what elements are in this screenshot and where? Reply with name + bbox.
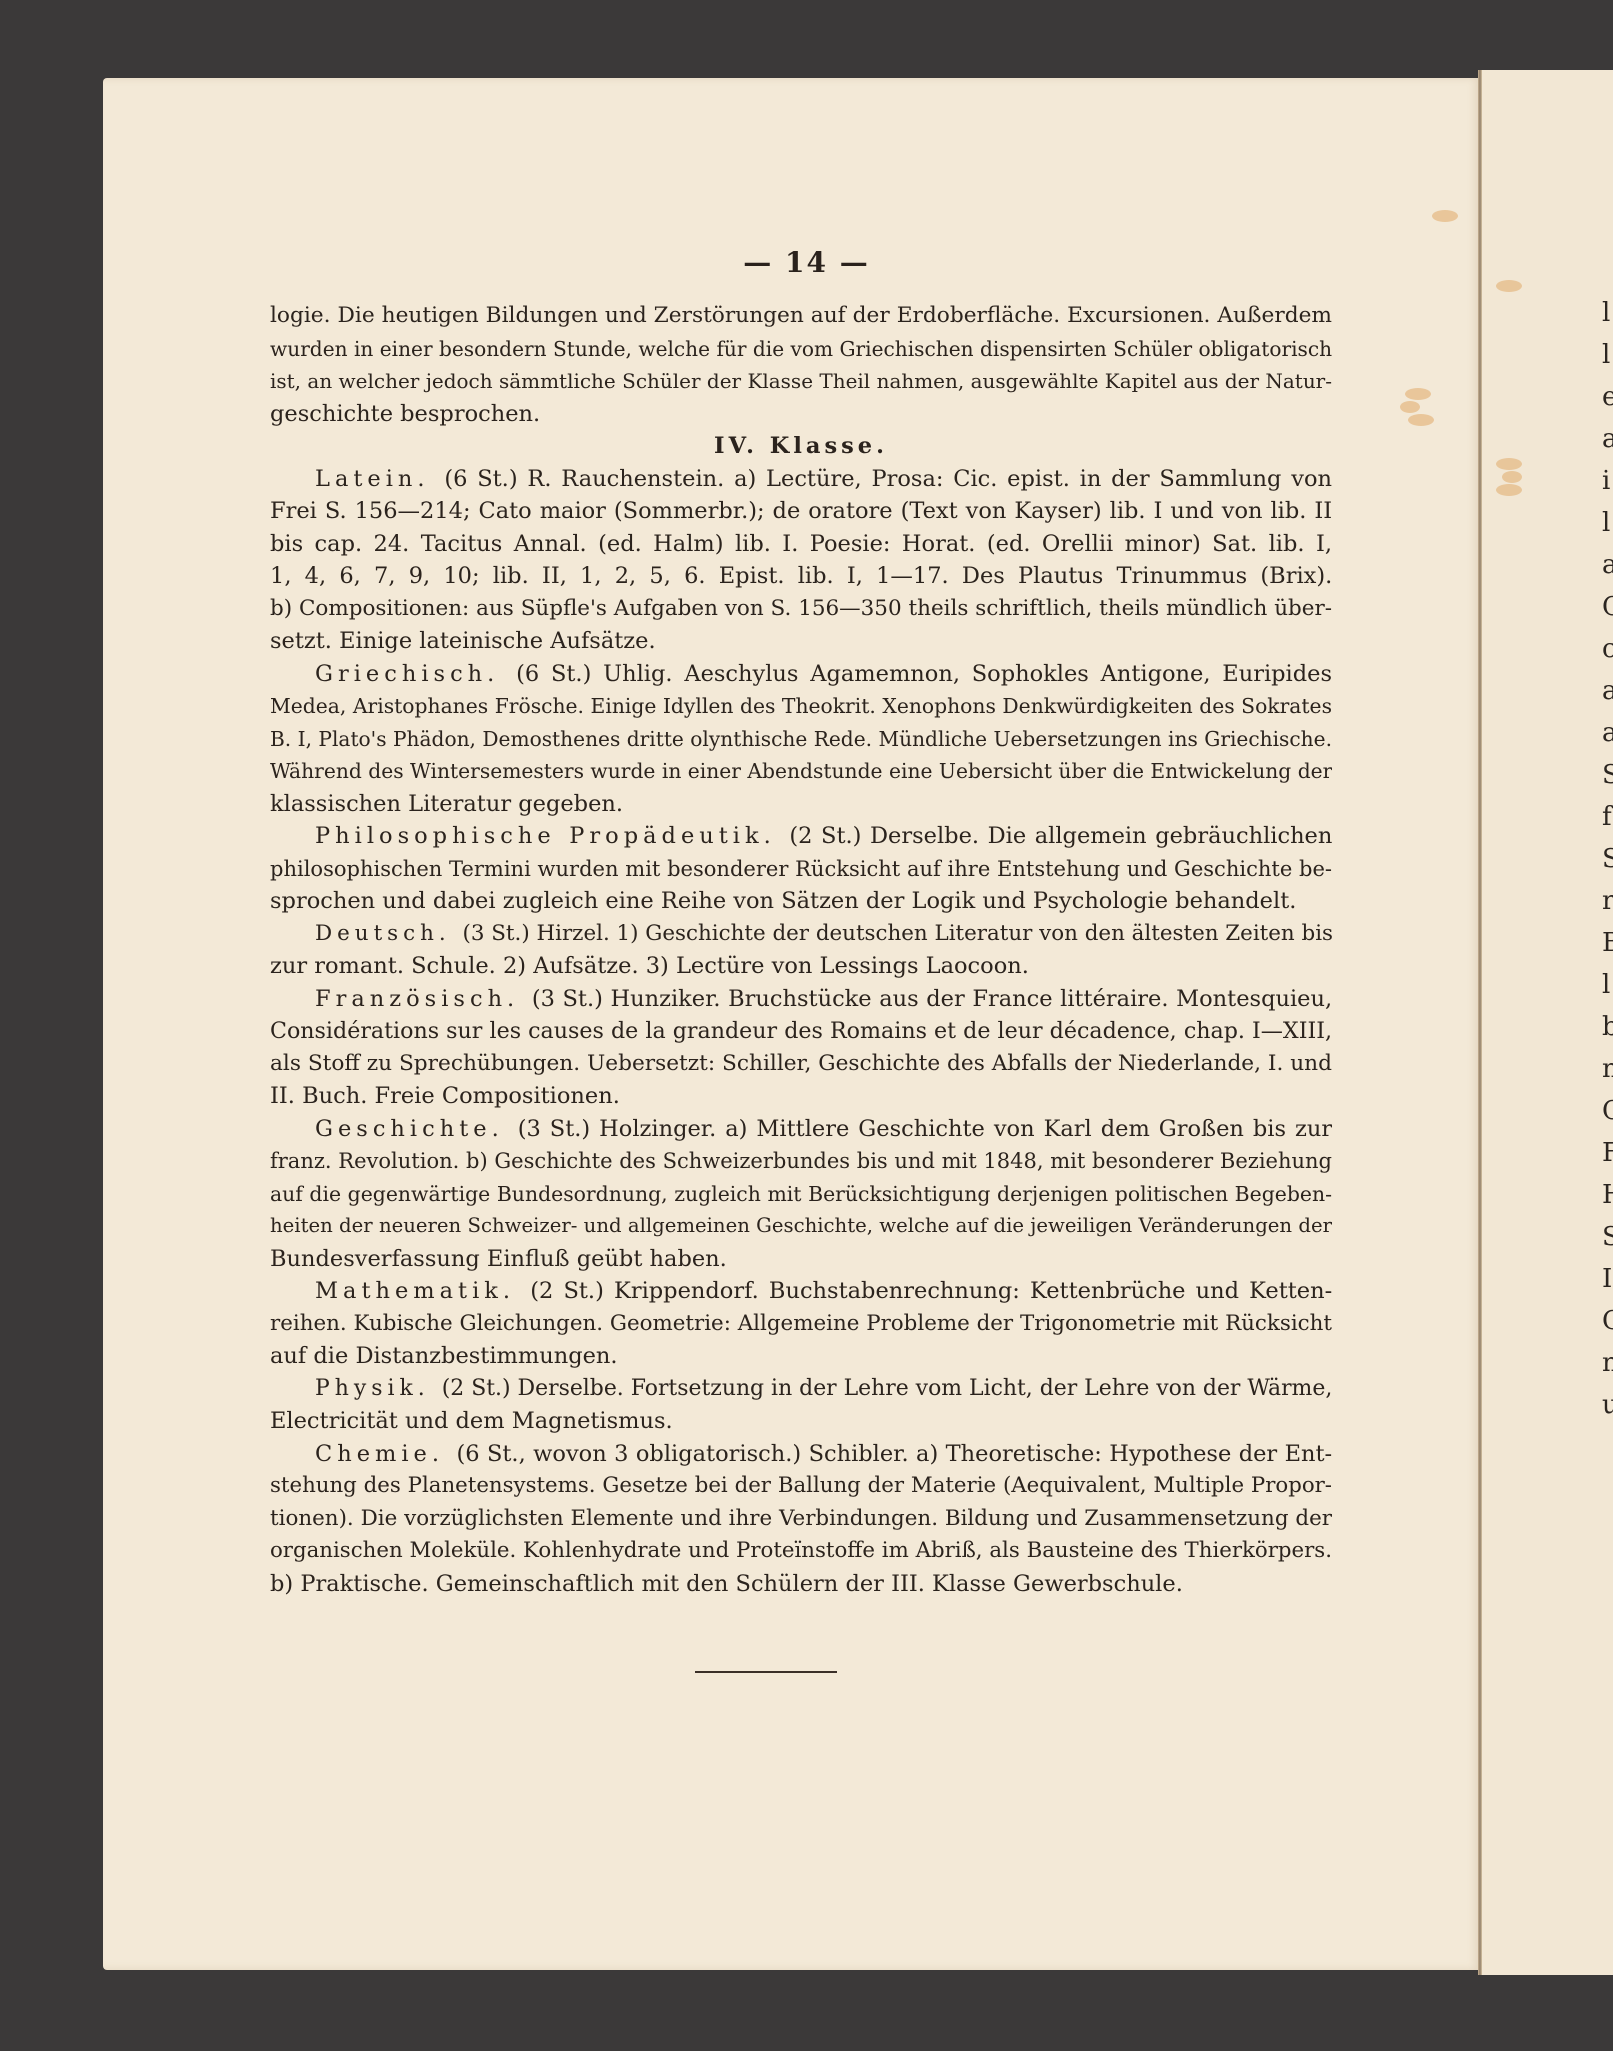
text-line: Während des Wintersemesters wurde in ein…: [270, 755, 1332, 788]
line-text: Electricität und dem Magnetismus.: [270, 1408, 673, 1434]
text-line: organischen Moleküle. Kohlenhydrate und …: [270, 1535, 1332, 1568]
next-page-glyph: S: [1602, 762, 1613, 788]
next-page-glyph: l: [1602, 342, 1610, 368]
text-line: bis cap. 24. Tacitus Annal. (ed. Halm) l…: [270, 528, 1332, 561]
line-text: wurden in einer besondern Stunde, welche…: [270, 337, 1332, 361]
subject-name: Chemie.: [315, 1441, 456, 1467]
text-line: b) Praktische. Gemeinschaftlich mit den …: [270, 1568, 1332, 1601]
section-first-line: Mathematik. (2 St.) Krippendorf. Buchsta…: [270, 1275, 1332, 1308]
text-line: als Stoff zu Sprechübungen. Uebersetzt: …: [270, 1048, 1332, 1081]
text-line: auf die gegenwärtige Bundesordnung, zugl…: [270, 1178, 1332, 1211]
line-text: B. I, Plato's Phädon, Demosthenes dritte…: [270, 727, 1332, 751]
line-text: logie. Die heutigen Bildungen und Zerstö…: [270, 303, 1332, 328]
next-page-glyph: l: [1602, 510, 1610, 536]
line-text: (3 St.) Holzinger. a) Mittlere Geschicht…: [518, 1116, 1332, 1142]
line-text: Frei S. 156—214; Cato maior (Sommerbr.);…: [270, 498, 1332, 524]
text-line: philosophischen Termini wurden mit beson…: [270, 853, 1332, 886]
next-page-glyph: a: [1602, 552, 1613, 578]
next-page-glyph: S: [1602, 1224, 1613, 1250]
line-text: II. Buch. Freie Compositionen.: [270, 1083, 620, 1109]
next-page-glyph: G: [1602, 1308, 1613, 1334]
text-line: franz. Revolution. b) Geschichte des Sch…: [270, 1145, 1332, 1178]
line-text: b) Compositionen: aus Süpfle's Aufgaben …: [270, 596, 1332, 621]
text-line: B. I, Plato's Phädon, Demosthenes dritte…: [270, 723, 1332, 756]
line-text: (2 St.) Derselbe. Fortsetzung in der Leh…: [442, 1376, 1332, 1401]
subject-name: Deutsch.: [315, 921, 463, 946]
next-page-glyph: C: [1602, 1098, 1613, 1124]
next-page-glyph: a: [1602, 426, 1613, 452]
section-first-line: Griechisch. (6 St.) Uhlig. Aeschylus Aga…: [270, 658, 1332, 691]
line-text: setzt. Einige lateinische Aufsätze.: [270, 628, 656, 654]
line-text: klassischen Literatur gegeben.: [270, 791, 623, 817]
next-page-glyph: S: [1602, 846, 1613, 872]
text-line: Bundesverfassung Einfluß geübt haben.: [270, 1243, 1332, 1276]
line-text: franz. Revolution. b) Geschichte des Sch…: [270, 1148, 1332, 1173]
text-line: Electricität und dem Magnetismus.: [270, 1405, 1332, 1438]
text-line: stehung des Planetensystems. Gesetze bei…: [270, 1470, 1332, 1503]
text-line: tionen). Die vorzüglichsten Elemente und…: [270, 1503, 1332, 1536]
line-text: stehung des Planetensystems. Gesetze bei…: [270, 1473, 1332, 1498]
subject-name: Latein.: [315, 466, 444, 492]
section-first-line: Geschichte. (3 St.) Holzinger. a) Mittle…: [270, 1113, 1332, 1146]
line-text: (3 St.) Hirzel. 1) Geschichte der deutsc…: [463, 921, 1332, 946]
next-page-glyph: B: [1602, 930, 1613, 956]
line-text: organischen Moleküle. Kohlenhydrate und …: [270, 1538, 1332, 1563]
subject-name: Geschichte.: [315, 1116, 518, 1142]
line-text: philosophischen Termini wurden mit beson…: [270, 856, 1332, 881]
next-page-glyph: c: [1602, 636, 1613, 662]
next-page-glyph: b: [1602, 1014, 1613, 1040]
next-page-glyph: e: [1602, 384, 1613, 410]
next-page-glyph: i: [1602, 468, 1610, 494]
text-line: Considérations sur les causes de la gran…: [270, 1015, 1332, 1048]
next-page-glyph: l: [1602, 972, 1610, 998]
next-page-glyph: u: [1602, 1392, 1613, 1418]
next-page-glyph: r: [1602, 888, 1613, 914]
line-text: geschichte besprochen.: [270, 401, 540, 427]
next-page-glyph: n: [1602, 1056, 1613, 1082]
section-first-line: Französisch. (3 St.) Hunziker. Bruchstüc…: [270, 983, 1332, 1016]
text-line: reihen. Kubische Gleichungen. Geometrie:…: [270, 1308, 1332, 1341]
line-text: (2 St.) Krippendorf. Buchstabenrechnung:…: [530, 1278, 1332, 1304]
line-text: als Stoff zu Sprechübungen. Uebersetzt: …: [270, 1051, 1332, 1076]
subject-name: Philosophische Propädeutik.: [315, 823, 789, 849]
line-text: (6 St.) R. Rauchenstein. a) Lectüre, Pro…: [444, 466, 1332, 492]
line-text: Considérations sur les causes de la gran…: [270, 1018, 1332, 1044]
text-line: II. Buch. Freie Compositionen.: [270, 1080, 1332, 1113]
class-heading: IV. Klasse.: [270, 430, 1332, 463]
line-text: Medea, Aristophanes Frösche. Einige Idyl…: [270, 694, 1332, 718]
paper-stain: [1496, 458, 1522, 470]
next-page-glyph: C: [1602, 594, 1613, 620]
section-first-line: Latein. (6 St.) R. Rauchenstein. a) Lect…: [270, 463, 1332, 496]
next-page-glyph: f: [1602, 804, 1612, 830]
text-line: b) Compositionen: aus Süpfle's Aufgaben …: [270, 593, 1332, 626]
subject-name: Griechisch.: [315, 661, 516, 687]
line-text: heiten der neueren Schweizer- und allgem…: [270, 1214, 1332, 1237]
line-text: ist, an welcher jedoch sämmtliche Schüle…: [270, 369, 1332, 393]
line-text: Während des Wintersemesters wurde in ein…: [270, 759, 1332, 783]
text-line: ist, an welcher jedoch sämmtliche Schüle…: [270, 365, 1332, 398]
section-first-line: Chemie. (6 St., wovon 3 obligatorisch.) …: [270, 1438, 1332, 1471]
next-page-glyph: I: [1602, 1266, 1612, 1292]
text-line: zur romant. Schule. 2) Aufsätze. 3) Lect…: [270, 950, 1332, 983]
subject-name: Mathematik.: [315, 1278, 530, 1304]
page-number: — 14 —: [0, 246, 1613, 279]
text-line: Frei S. 156—214; Cato maior (Sommerbr.);…: [270, 495, 1332, 528]
next-page-glyph: F: [1602, 1140, 1613, 1166]
section-first-line: Philosophische Propädeutik. (2 St.) Ders…: [270, 820, 1332, 853]
line-text: auf die gegenwärtige Bundesordnung, zugl…: [270, 1182, 1332, 1206]
text-line: 1, 4, 6, 7, 9, 10; lib. II, 1, 2, 5, 6. …: [270, 560, 1332, 593]
next-page-glyph: a: [1602, 678, 1613, 704]
line-text: (2 St.) Derselbe. Die allgemein gebräuch…: [789, 823, 1332, 849]
line-text: Bundesverfassung Einfluß geübt haben.: [270, 1246, 727, 1272]
text-line: sprochen und dabei zugleich eine Reihe v…: [270, 885, 1332, 918]
line-text: zur romant. Schule. 2) Aufsätze. 3) Lect…: [270, 953, 1029, 979]
paper-stain: [1400, 401, 1420, 413]
text-line: logie. Die heutigen Bildungen und Zerstö…: [270, 300, 1332, 333]
closing-rule: [695, 1671, 837, 1673]
line-text: bis cap. 24. Tacitus Annal. (ed. Halm) l…: [270, 531, 1332, 557]
next-page-glyph: H: [1602, 1182, 1613, 1208]
paper-stain: [1496, 280, 1522, 292]
paper-stain: [1496, 484, 1522, 496]
next-page-glyph: l: [1602, 300, 1610, 326]
paper-stain: [1405, 388, 1431, 400]
line-text: tionen). Die vorzüglichsten Elemente und…: [270, 1506, 1332, 1531]
subject-name: Physik.: [315, 1376, 442, 1401]
paper-stain: [1432, 210, 1458, 222]
text-line: geschichte besprochen.: [270, 398, 1332, 431]
text-line: klassischen Literatur gegeben.: [270, 788, 1332, 821]
adjacent-page-edge: lleailaCcaaSfSrBlbnCFHSIGnu: [1482, 70, 1613, 1975]
subject-name: Französisch.: [315, 986, 532, 1012]
next-page-glyph: n: [1602, 1350, 1613, 1376]
text-line: auf die Distanzbestimmungen.: [270, 1340, 1332, 1373]
line-text: b) Praktische. Gemeinschaftlich mit den …: [270, 1571, 1183, 1597]
line-text: (6 St., wovon 3 obligatorisch.) Schibler…: [456, 1441, 1332, 1467]
text-line: wurden in einer besondern Stunde, welche…: [270, 333, 1332, 366]
text-line: heiten der neueren Schweizer- und allgem…: [270, 1210, 1332, 1243]
line-text: (3 St.) Hunziker. Bruchstücke aus der Fr…: [532, 986, 1332, 1012]
class-heading-text: IV. Klasse.: [714, 433, 888, 459]
text-line: setzt. Einige lateinische Aufsätze.: [270, 625, 1332, 658]
paper-stain: [1408, 414, 1434, 426]
section-first-line: Deutsch. (3 St.) Hirzel. 1) Geschichte d…: [270, 918, 1332, 951]
paper-stain: [1502, 471, 1522, 483]
line-text: sprochen und dabei zugleich eine Reihe v…: [270, 888, 1296, 914]
line-text: auf die Distanzbestimmungen.: [270, 1343, 618, 1369]
section-first-line: Physik. (2 St.) Derselbe. Fortsetzung in…: [270, 1373, 1332, 1406]
body-text: logie. Die heutigen Bildungen und Zerstö…: [270, 300, 1332, 1600]
line-text: reihen. Kubische Gleichungen. Geometrie:…: [270, 1311, 1332, 1336]
line-text: (6 St.) Uhlig. Aeschylus Agamemnon, Soph…: [516, 661, 1332, 687]
text-line: Medea, Aristophanes Frösche. Einige Idyl…: [270, 690, 1332, 723]
next-page-glyph: a: [1602, 720, 1613, 746]
line-text: 1, 4, 6, 7, 9, 10; lib. II, 1, 2, 5, 6. …: [270, 563, 1332, 589]
